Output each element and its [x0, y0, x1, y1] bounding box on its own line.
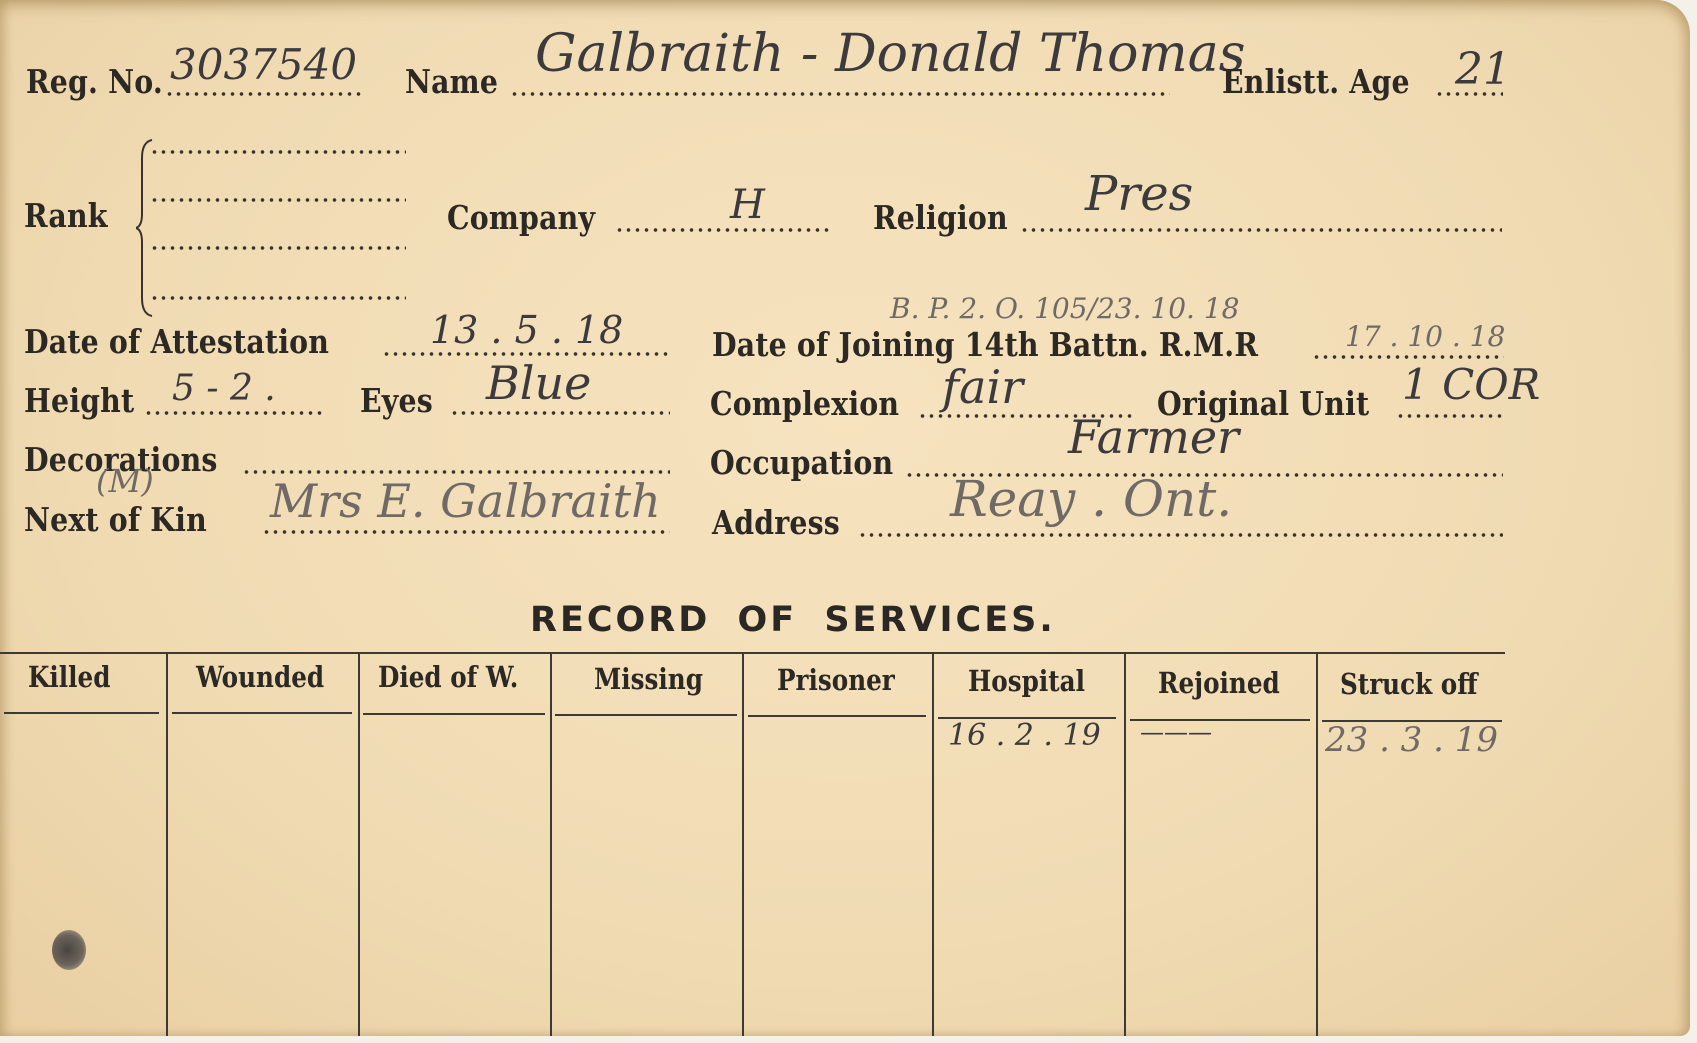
- ink-stain: [52, 930, 86, 970]
- eyes-dots: [450, 411, 670, 415]
- address-label: Address: [712, 503, 840, 542]
- date-of-attestation-label: Date of Attestation: [24, 322, 329, 361]
- col-header-died-of-wounds: Died of W.: [378, 660, 518, 694]
- religion-dots: [1020, 228, 1502, 232]
- occupation-value: Farmer: [1068, 410, 1239, 464]
- rank-line-3: [150, 246, 406, 250]
- reg-no-label: Reg. No.: [26, 62, 163, 101]
- religion-value: Pres: [1085, 166, 1193, 222]
- col-header-missing: Missing: [594, 662, 703, 696]
- name-value: Galbraith - Donald Thomas: [535, 24, 1245, 84]
- original-unit-value: 1 COR: [1402, 360, 1540, 409]
- col-divider-3: [550, 654, 552, 1036]
- complexion-label: Complexion: [710, 384, 899, 423]
- date-of-joining-dots: [1312, 355, 1504, 359]
- next-of-kin-dots: [262, 530, 670, 534]
- original-unit-dots: [1396, 414, 1503, 418]
- reg-no-value: 3037540: [170, 40, 357, 89]
- col-underline-wounded: [172, 712, 352, 714]
- col-header-struck-off: Struck off: [1340, 667, 1477, 701]
- religion-label: Religion: [873, 198, 1008, 237]
- col-divider-7: [1316, 654, 1318, 1036]
- reg-no-dots: [165, 92, 365, 96]
- col-header-hospital: Hospital: [968, 664, 1085, 698]
- enlist-age-label: Enlistt. Age: [1222, 62, 1410, 101]
- address-value: Reay . Ont.: [950, 470, 1232, 528]
- next-of-kin-label: Next of Kin: [24, 500, 207, 539]
- col-header-wounded: Wounded: [196, 660, 324, 694]
- height-label: Height: [24, 381, 134, 420]
- name-label: Name: [405, 62, 498, 101]
- col-underline-killed: [4, 712, 159, 714]
- col-underline-died: [363, 713, 545, 715]
- col-underline-prisoner: [748, 715, 926, 717]
- rank-line-4: [150, 296, 406, 300]
- cell-struck-off: 23 . 3 . 19: [1325, 720, 1498, 760]
- occupation-label: Occupation: [710, 443, 893, 482]
- col-header-prisoner: Prisoner: [777, 663, 895, 697]
- col-divider-5: [932, 654, 934, 1036]
- next-of-kin-value: Mrs E. Galbraith: [270, 474, 661, 528]
- rank-line-2: [150, 198, 406, 202]
- next-of-kin-relation: (M): [96, 462, 154, 500]
- col-divider-1: [166, 654, 168, 1036]
- complexion-value: fair: [942, 360, 1023, 414]
- name-dots: [510, 92, 1170, 96]
- table-top-rule: [0, 652, 1505, 654]
- company-value: H: [730, 182, 765, 228]
- record-of-services-title: RECORD OF SERVICES.: [530, 600, 1056, 640]
- height-dots: [144, 411, 326, 415]
- col-underline-missing: [555, 714, 737, 716]
- cell-rejoined: ———: [1140, 718, 1212, 746]
- enlist-age-value: 21: [1455, 44, 1511, 95]
- date-of-joining-annotation: B. P. 2. O. 105/23. 10. 18: [890, 292, 1239, 325]
- eyes-label: Eyes: [360, 381, 433, 420]
- date-of-attestation-value: 13 . 5 . 18: [430, 308, 623, 352]
- col-header-killed: Killed: [28, 660, 110, 694]
- cell-hospital: 16 . 2 . 19: [948, 718, 1101, 753]
- company-dots: [615, 228, 830, 232]
- eyes-value: Blue: [486, 356, 591, 410]
- rank-line-1: [150, 150, 406, 154]
- col-divider-2: [358, 654, 360, 1036]
- rank-brace-icon: [136, 138, 156, 318]
- height-value: 5 - 2 .: [172, 368, 276, 409]
- date-of-joining-label: Date of Joining 14th Battn. R.M.R: [712, 325, 1258, 364]
- address-dots: [858, 533, 1503, 537]
- service-record-card: Reg. No. 3037540 Name Galbraith - Donald…: [0, 0, 1690, 1036]
- col-divider-4: [742, 654, 744, 1036]
- col-header-rejoined: Rejoined: [1158, 666, 1280, 700]
- rank-label: Rank: [24, 196, 108, 235]
- date-of-joining-value: 17 . 10 . 18: [1345, 320, 1505, 353]
- col-divider-6: [1124, 654, 1126, 1036]
- company-label: Company: [447, 198, 595, 237]
